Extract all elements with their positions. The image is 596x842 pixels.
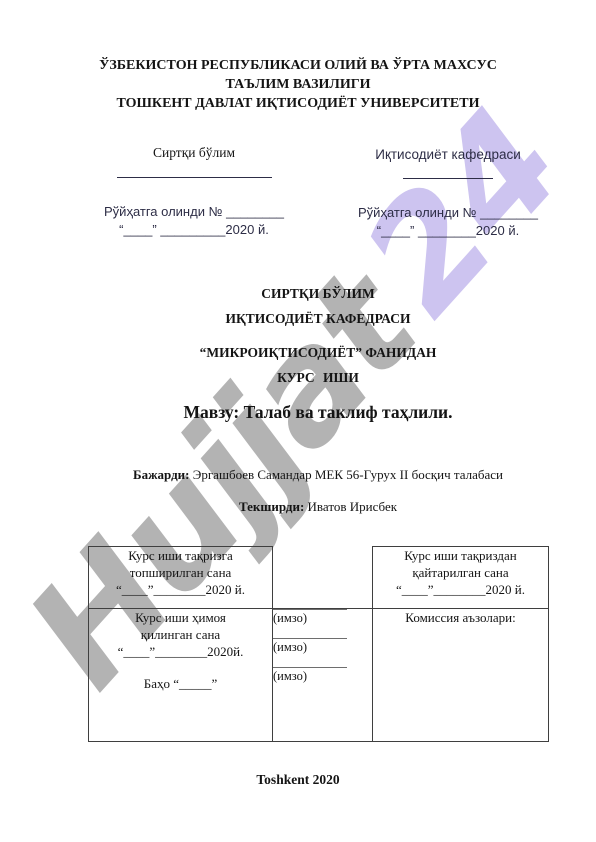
header-line-1: ЎЗБЕКИСТОН РЕСПУБЛИКАСИ ОЛИЙ ВА ЎРТА МАХ… [0,56,596,75]
cell-commission: Комиссия аъзолари: [373,609,549,742]
cell-signatures: (имзо) (имзо) (имзо) [273,609,373,742]
cell-line: топширилган сана [89,564,272,581]
document-content: ЎЗБЕКИСТОН РЕСПУБЛИКАСИ ОЛИЙ ВА ЎРТА МАХ… [0,0,596,842]
table-row: Курс иши тақризга топширилган сана “____… [89,547,549,609]
registration-right-column: Иқтисодиёт кафедраси Рўйҳатга олинди № _… [348,147,548,238]
commission-label: Комиссия аъзолари: [373,609,548,626]
signature-group: (имзо) [273,638,372,654]
signature-label: (имзо) [273,639,372,654]
department-title-2: ИҚТИСОДИЁТ КАФЕДРАСИ [88,311,548,327]
footer-city-year: Toshkent 2020 [0,772,596,788]
right-registration-line: Рўйҳатга олинди № ________ [348,205,548,220]
cell-date-line: “____”________2020 й. [373,581,548,598]
review-table: Курс иши тақризга топширилган сана “____… [88,546,549,742]
cell-line: Курс иши тақризга [89,547,272,564]
cell-review-submitted: Курс иши тақризга топширилган сана “____… [89,547,273,609]
checked-by-value: Иватов Ирисбек [308,499,398,514]
document-header: ЎЗБЕКИСТОН РЕСПУБЛИКАСИ ОЛИЙ ВА ЎРТА МАХ… [0,56,596,113]
header-line-2: ТАЪЛИМ ВАЗИЛИГИ [0,75,596,94]
left-date-line: “____” _________2020 й. [88,222,300,237]
cell-date-line: “____”________2020й. [89,643,272,660]
performed-by-line: Бажарди: Эргашбоев Самандар МЕК 56-Гурух… [88,467,548,483]
subject-title: “МИКРОИҚТИСОДИЁТ” ФАНИДАН [88,345,548,361]
document-page: Hujjat24 ЎЗБЕКИСТОН РЕСПУБЛИКАСИ ОЛИЙ ВА… [0,0,596,842]
left-registration-line: Рўйҳатга олинди № ________ [88,204,300,219]
right-signature-underline [403,178,493,179]
checked-by-label: Текширди: [239,499,304,514]
grade-line: Баҳо “_____” [89,675,272,692]
topic-title: Мавзу: Талаб ва таклиф таҳлили. [88,402,548,423]
department-title-1: СИРТҚИ БЎЛИМ [88,286,548,302]
work-type-title: КУРС ИШИ [88,370,548,386]
header-line-3: ТОШКЕНТ ДАВЛАТ ИҚТИСОДИЁТ УНИВЕРСИТЕТИ [0,94,596,113]
cell-empty-top [273,547,373,609]
cell-line: қайтарилган сана [373,564,548,581]
checked-by-line: Текширди: Иватов Ирисбек [88,499,548,515]
right-date-line: “____” ________2020 й. [348,223,548,238]
performed-by-label: Бажарди: [133,467,189,482]
registration-left-column: Сиртқи бўлим Рўйҳатга олинди № ________ … [88,145,300,237]
cell-date-line: “____”________2020 й. [89,581,272,598]
cell-line: қилинган сана [89,626,272,643]
signature-group: (имзо) [273,667,372,683]
cell-review-returned: Курс иши тақриздан қайтарилган сана “___… [373,547,549,609]
table-row: Курс иши ҳимоя қилинган сана “____”_____… [89,609,549,742]
left-signature-underline [117,177,272,178]
right-department-title: Иқтисодиёт кафедраси [348,147,548,162]
signature-label: (имзо) [273,610,372,625]
cell-defense-date: Курс иши ҳимоя қилинган сана “____”_____… [89,609,273,742]
left-department-title: Сиртқи бўлим [88,145,300,161]
performed-by-value: Эргашбоев Самандар МЕК 56-Гурух II босқи… [193,467,503,482]
signature-label: (имзо) [273,668,372,683]
cell-line: Курс иши ҳимоя [89,609,272,626]
signature-group: (имзо) [273,609,372,625]
cell-line: Курс иши тақриздан [373,547,548,564]
